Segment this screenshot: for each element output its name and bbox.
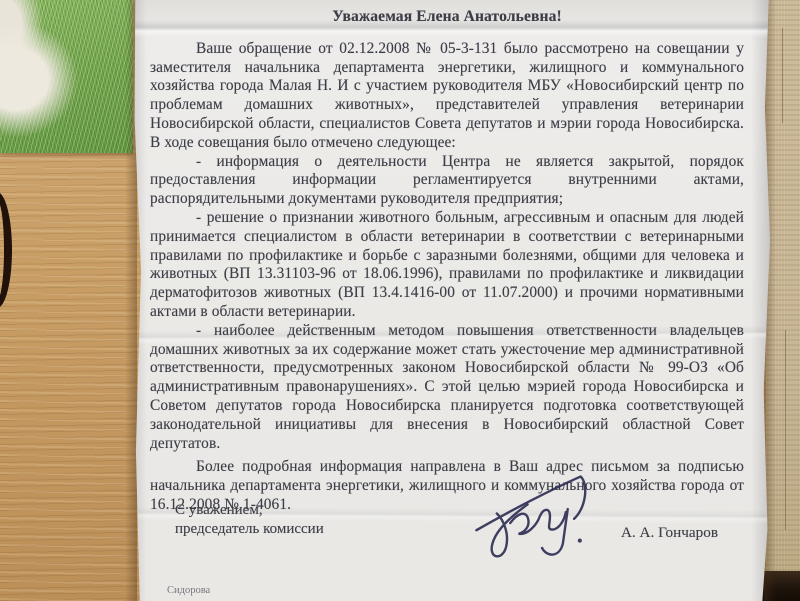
letter-paper: Уважаемая Елена Анатольевна! Ваше обраще… [134,0,770,601]
signatory-name: А. А. Гончаров [621,524,718,542]
closing-block: С уважением, председатель комиссии [175,501,324,538]
fibreboard-crack [785,330,786,530]
paragraph: Ваше обращение от 02.12.2008 № 05-3-131 … [150,40,744,153]
closing-title: председатель комиссии [175,520,324,539]
signature [438,449,642,586]
paragraph: - решение о признании животного больным,… [150,209,744,322]
photo-of-letter-on-desk: Уважаемая Елена Анатольевна! Ваше обраще… [0,0,800,601]
salutation: Уважаемая Елена Анатольевна! [150,8,744,27]
paragraph: - информация о деятельности Центра не яв… [150,153,744,209]
closing-regards: С уважением, [175,501,324,520]
letter-body: Уважаемая Елена Анатольевна! Ваше обраще… [150,8,744,515]
fibreboard-crack [782,28,783,123]
grass-photo [0,0,133,153]
paragraph: - наиболее действенным методом повышения… [150,322,744,454]
executor-note: Сидорова [167,585,210,596]
